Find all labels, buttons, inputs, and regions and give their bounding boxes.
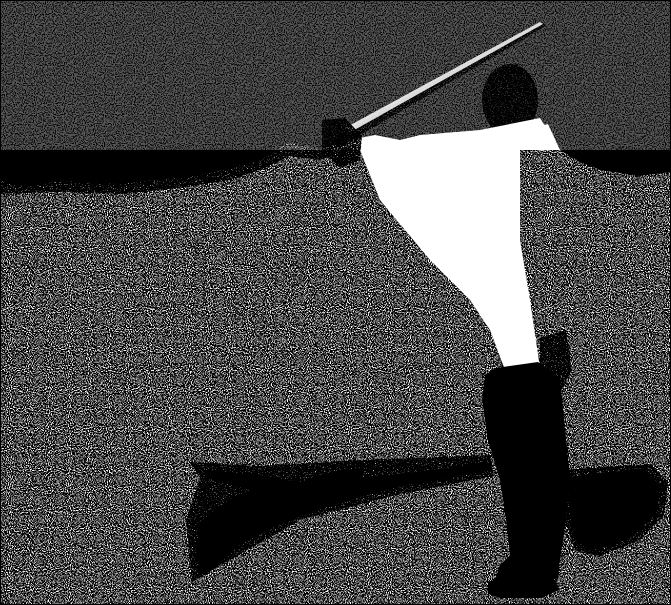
halftone-photograph — [0, 0, 671, 605]
